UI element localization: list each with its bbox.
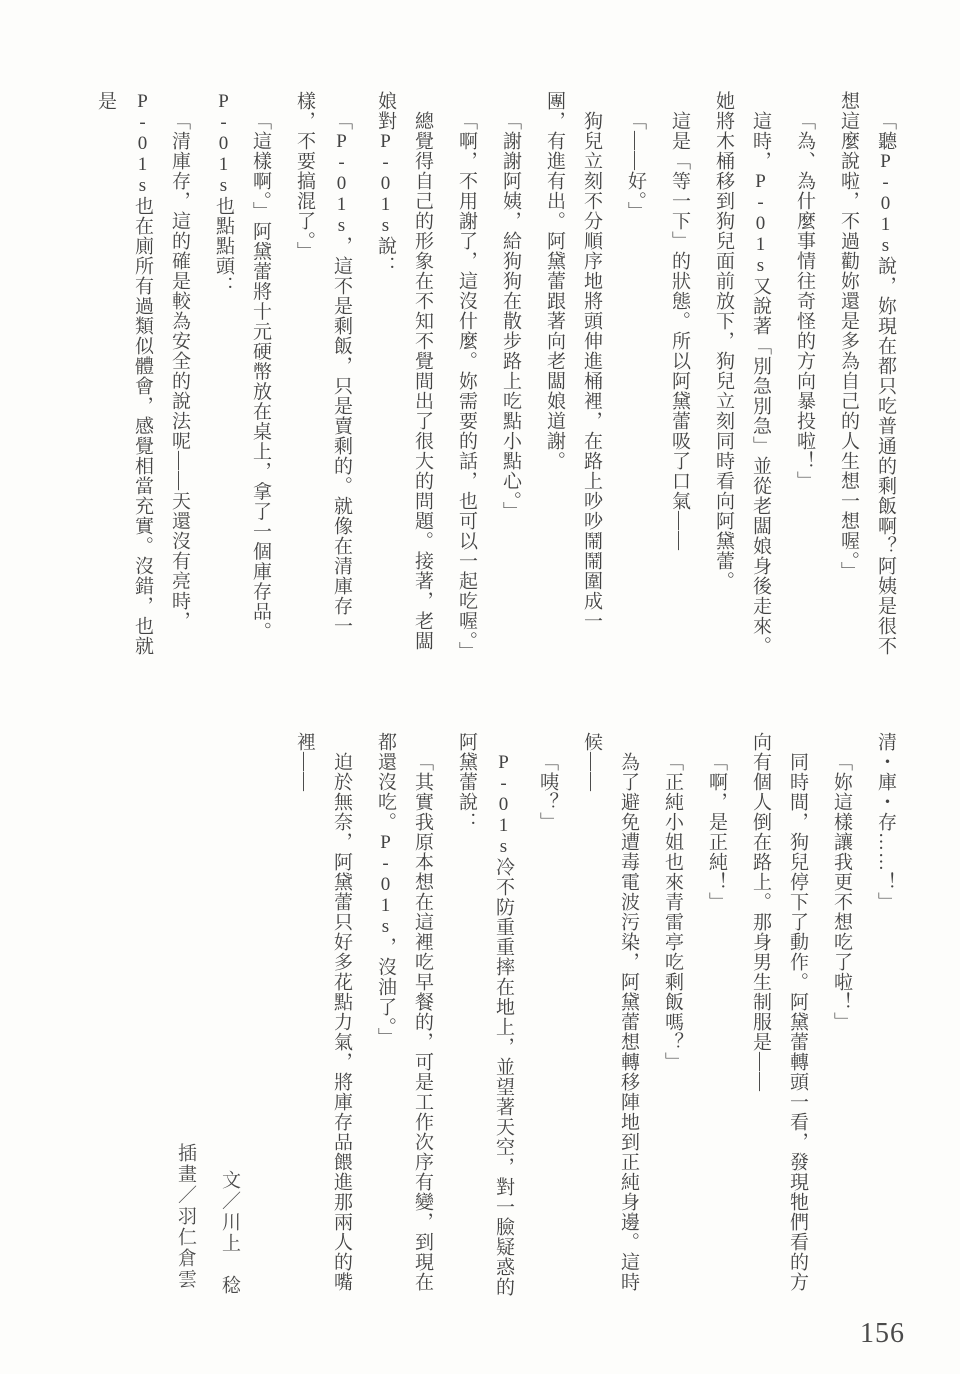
paragraph: 「——好。」	[617, 91, 654, 661]
paragraph: 「清庫存，這的確是較為安全的說法呢——天還沒有亮時，P-01s也在廁所有過類似體…	[87, 91, 198, 661]
latin-run: P-01s	[132, 91, 153, 196]
paragraph: P-01s冷不防重重摔在地上，並望著天空，對一臉疑惑的阿黛蕾說：	[448, 732, 522, 1302]
upper-text-block: 「聽P-01s說，妳現在都只吃普通的剩飯啊？阿姨是很不想這麼說啦，不過勸妳還是多…	[87, 91, 904, 661]
lower-text-block: 清・庫・存……！」「妳這樣讓我更不想吃了啦！」同時間，狗兒停下了動作。阿黛蕾轉頭…	[286, 732, 904, 1302]
illustrator-credit: 插畫／羽仁倉雲	[172, 1143, 199, 1303]
paragraph: 為了避免遭毒電波污染，阿黛蕾想轉移陣地到正純身邊。這時候——	[573, 732, 647, 1302]
paragraph: 迫於無奈，阿黛蕾只好多花點力氣，將庫存品餵進那兩人的嘴裡——	[286, 732, 360, 1302]
latin-run: P-01s	[750, 171, 771, 276]
paragraph: 「為、為什麼事情往奇怪的方向暴投啦！」	[786, 91, 823, 661]
paragraph: 「咦？」	[529, 732, 566, 1302]
paragraph: 清・庫・存……！」	[867, 732, 904, 1302]
author-credit: 文／川上 稔	[216, 1170, 243, 1310]
latin-run: P-01s	[493, 752, 514, 857]
paragraph: 「謝謝阿姨，給狗狗在散步路上吃點小點心。」	[492, 91, 529, 661]
paragraph: 「這樣啊。」阿黛蕾將十元硬幣放在桌上，拿了一個庫存品。P-01s也點點頭：	[205, 91, 279, 661]
paragraph: 「聽P-01s說，妳現在都只吃普通的剩飯啊？阿姨是很不想這麼說啦，不過勸妳還是多…	[830, 91, 904, 661]
latin-run: P-01s	[875, 151, 896, 256]
latin-run: P-01s	[213, 91, 234, 196]
paragraph: 「P-01s，這不是剩飯，只是賣剩的。就像在清庫存一樣，不要搞混了。」	[286, 91, 360, 661]
paragraph: 總覺得自己的形象在不知不覺間出了很大的問題。接著，老闆娘對P-01s說：	[367, 91, 441, 661]
latin-run: P-01s	[375, 131, 396, 236]
paragraph: 「啊，不用謝了，這沒什麼。妳需要的話，也可以一起吃喔。」	[448, 91, 485, 661]
paragraph: 狗兒立刻不分順序地將頭伸進桶裡，在路上吵吵鬧鬧圍成一團，有進有出。阿黛蕾跟著向老…	[536, 91, 610, 661]
paragraph: 「正純小姐也來青雷亭吃剩飯嗎？」	[654, 732, 691, 1302]
latin-run: P-01s	[331, 131, 352, 236]
paragraph: 這時，P-01s又說著「別急別急」並從老闆娘身後走來。她將木桶移到狗兒面前放下，…	[705, 91, 779, 661]
book-page: 「聽P-01s說，妳現在都只吃普通的剩飯啊？阿姨是很不想這麼說啦，不過勸妳還是多…	[0, 0, 960, 1374]
paragraph: 同時間，狗兒停下了動作。阿黛蕾轉頭一看，發現牠們看的方向有個人倒在路上。那身男生…	[742, 732, 816, 1302]
page-number: 156	[860, 1318, 905, 1350]
paragraph: 「妳這樣讓我更不想吃了啦！」	[823, 732, 860, 1302]
paragraph: 「啊，是正純！」	[698, 732, 735, 1302]
latin-run: P-01s	[375, 832, 396, 937]
paragraph: 「其實我原本想在這裡吃早餐的，可是工作次序有變，到現在都還沒吃。P-01s，沒油…	[367, 732, 441, 1302]
paragraph: 這是「等一下」的狀態。所以阿黛蕾吸了口氣——	[661, 91, 698, 661]
